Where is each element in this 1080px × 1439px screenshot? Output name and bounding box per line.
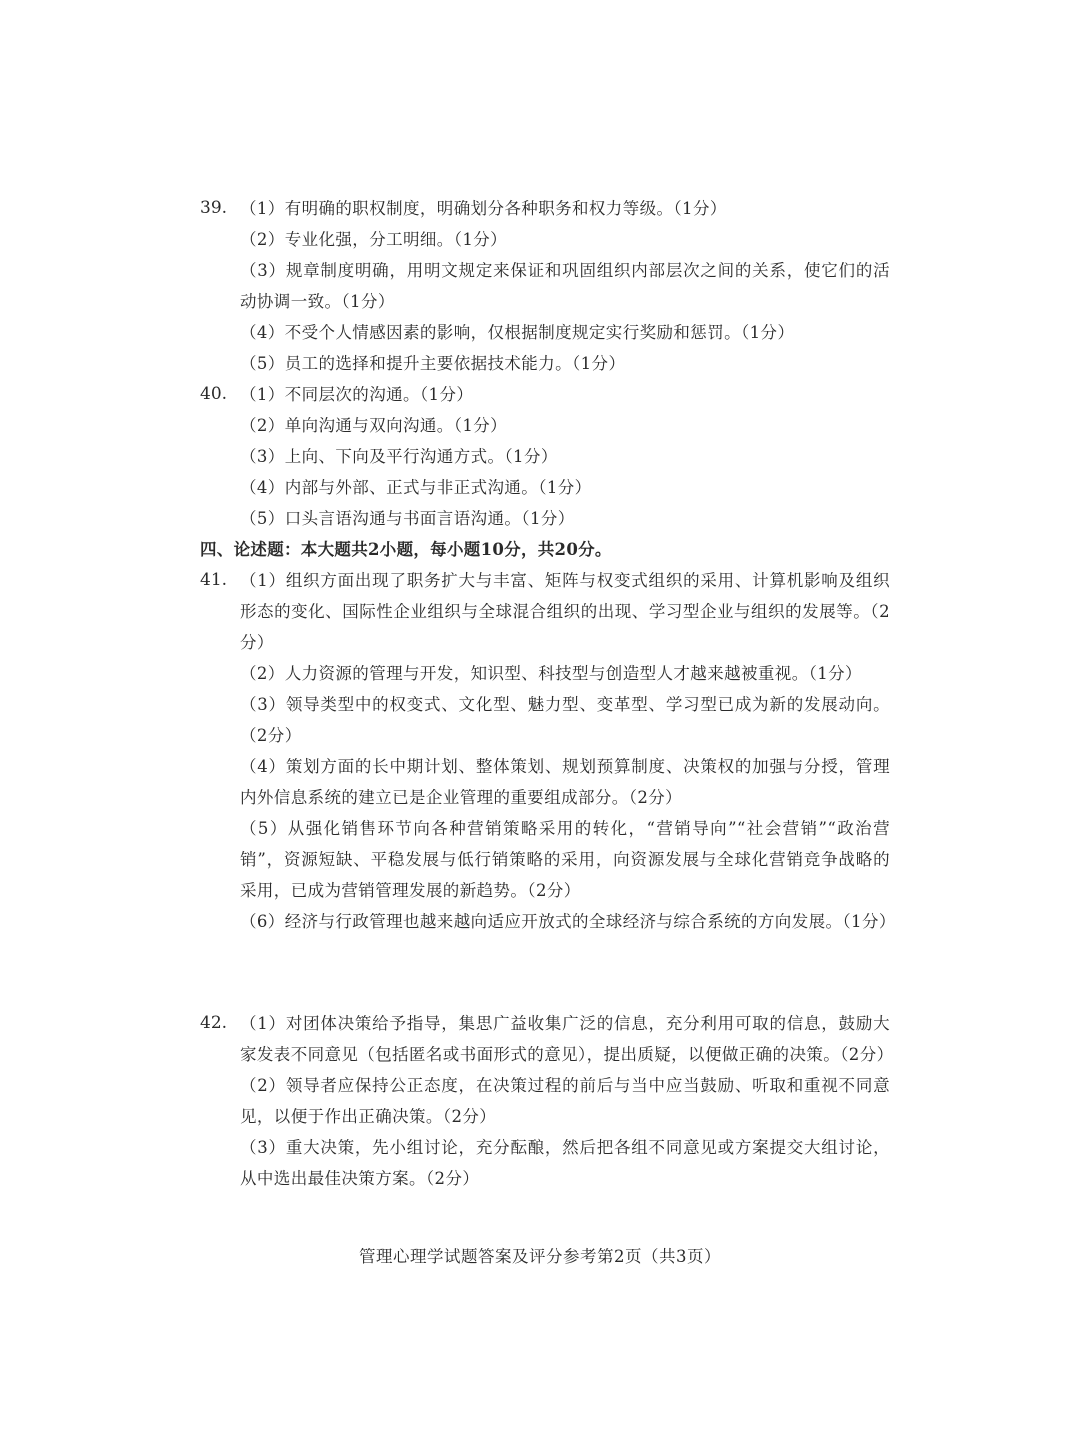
answer-item: （3）重大决策，先小组讨论，充分酝酿，然后把各组不同意见或方案提交大组讨论，从中… (240, 1132, 890, 1194)
question-42: 42. （1）对团体决策给予指导，集思广益收集广泛的信息，充分利用可取的信息，鼓… (200, 1008, 890, 1194)
question-39: 39. （1）有明确的职权制度，明确划分各种职务和权力等级。（1分） （2）专业… (200, 193, 890, 379)
answer-item: （1）对团体决策给予指导，集思广益收集广泛的信息，充分利用可取的信息，鼓励大家发… (240, 1008, 890, 1070)
question-40: 40. （1）不同层次的沟通。（1分） （2）单向沟通与双向沟通。（1分） （3… (200, 379, 890, 534)
answer-item: （3）规章制度明确，用明文规定来保证和巩固组织内部层次之间的关系，使它们的活动协… (240, 255, 890, 317)
question-number: 40. (200, 379, 227, 410)
answer-item: （2）专业化强，分工明细。（1分） (240, 224, 890, 255)
answer-item: （1）不同层次的沟通。（1分） (240, 379, 890, 410)
answer-item: （5）口头言语沟通与书面言语沟通。（1分） (240, 503, 890, 534)
answer-item: （1）组织方面出现了职务扩大与丰富、矩阵与权变式组织的采用、计算机影响及组织形态… (240, 565, 890, 658)
question-number: 39. (200, 193, 227, 224)
answer-item: （6）经济与行政管理也越来越向适应开放式的全球经济与综合系统的方向发展。（1分） (240, 906, 890, 937)
answer-item: （4）策划方面的长中期计划、整体策划、规划预算制度、决策权的加强与分授，管理内外… (240, 751, 890, 813)
answer-item: （2）领导者应保持公正态度，在决策过程的前后与当中应当鼓励、听取和重视不同意见，… (240, 1070, 890, 1132)
question-number: 42. (200, 1008, 227, 1039)
answer-item: （2）单向沟通与双向沟通。（1分） (240, 410, 890, 441)
answer-item: （5）从强化销售环节向各种营销策略采用的转化，“营销导向”“社会营销”“政治营销… (240, 813, 890, 906)
answer-item: （4）内部与外部、正式与非正式沟通。（1分） (240, 472, 890, 503)
section-heading: 四、论述题：本大题共2小题，每小题10分，共20分。 (200, 534, 612, 565)
question-number: 41. (200, 565, 227, 596)
answer-item: （2）人力资源的管理与开发，知识型、科技型与创造型人才越来越被重视。（1分） (240, 658, 890, 689)
answer-item: （3）上向、下向及平行沟通方式。（1分） (240, 441, 890, 472)
answer-item: （4）不受个人情感因素的影响，仅根据制度规定实行奖励和惩罚。（1分） (240, 317, 890, 348)
answer-item: （5）员工的选择和提升主要依据技术能力。（1分） (240, 348, 890, 379)
question-41: 41. （1）组织方面出现了职务扩大与丰富、矩阵与权变式组织的采用、计算机影响及… (200, 565, 890, 937)
page-footer: 管理心理学试题答案及评分参考第2页（共3页） (0, 1243, 1080, 1267)
document-page: 39. （1）有明确的职权制度，明确划分各种职务和权力等级。（1分） （2）专业… (0, 0, 1080, 1439)
answer-item: （3）领导类型中的权变式、文化型、魅力型、变革型、学习型已成为新的发展动向。（2… (240, 689, 890, 751)
answer-item: （1）有明确的职权制度，明确划分各种职务和权力等级。（1分） (240, 193, 890, 224)
